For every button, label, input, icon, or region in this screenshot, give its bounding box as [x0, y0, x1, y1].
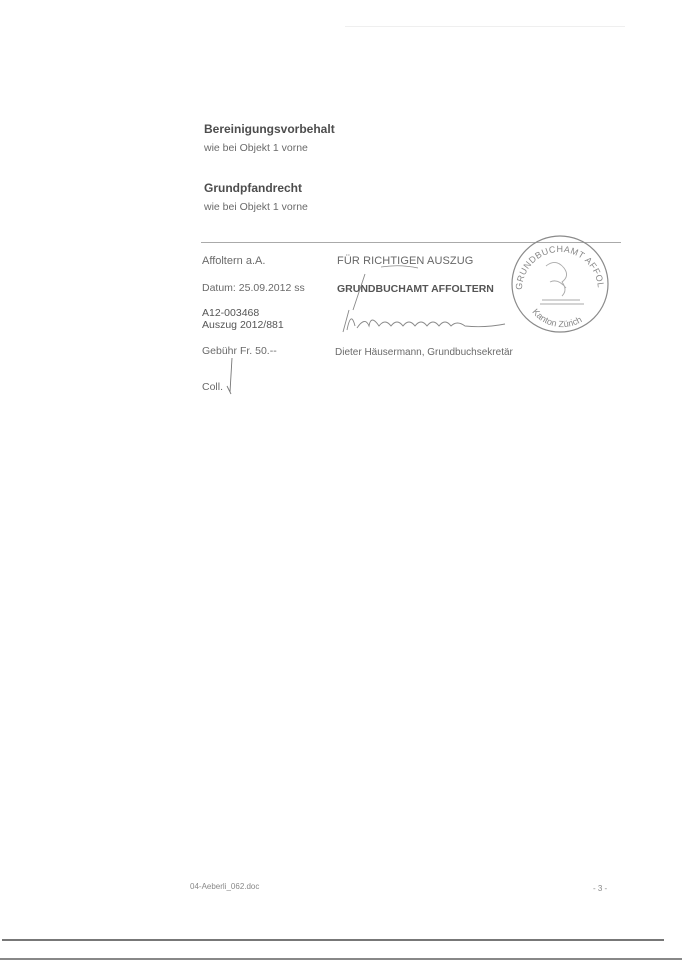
footer-line-bottom [0, 958, 682, 960]
place: Affoltern a.A. [202, 255, 265, 267]
signatory: Dieter Häusermann, Grundbuchsekretär [335, 347, 513, 358]
fee: Gebühr Fr. 50.-- [202, 345, 277, 357]
stamp-bottom-text: Kanton Zürich [530, 307, 583, 329]
footer-page-number: - 3 - [593, 884, 607, 893]
svg-text:GRUNDBUCHAMT AFFOLTERN: GRUNDBUCHAMT AFFOLTERN [506, 232, 606, 290]
coll: Coll. [202, 381, 223, 393]
date: Datum: 25.09.2012 ss [202, 282, 305, 294]
stamp-top-text: GRUNDBUCHAMT AFFOLTERN [506, 232, 606, 290]
text-grundpfandrecht: wie bei Objekt 1 vorne [204, 201, 308, 213]
official-stamp-icon: GRUNDBUCHAMT AFFOLTERN Kanton Zürich [506, 232, 614, 336]
footer-filename: 04-Aeberli_062.doc [190, 882, 259, 891]
text-bereinigungsvorbehalt: wie bei Objekt 1 vorne [204, 142, 308, 154]
excerpt-number: Auszug 2012/881 [202, 319, 284, 331]
scan-artifact-line [345, 26, 625, 27]
footer-line-top [2, 939, 664, 941]
heading-grundpfandrecht: Grundpfandrecht [204, 181, 302, 195]
reference-number: A12-003468 [202, 307, 259, 319]
handwritten-mark-icon [222, 356, 238, 396]
heading-bereinigungsvorbehalt: Bereinigungsvorbehalt [204, 122, 335, 136]
svg-text:Kanton Zürich: Kanton Zürich [530, 307, 583, 329]
signature-icon [335, 270, 535, 340]
